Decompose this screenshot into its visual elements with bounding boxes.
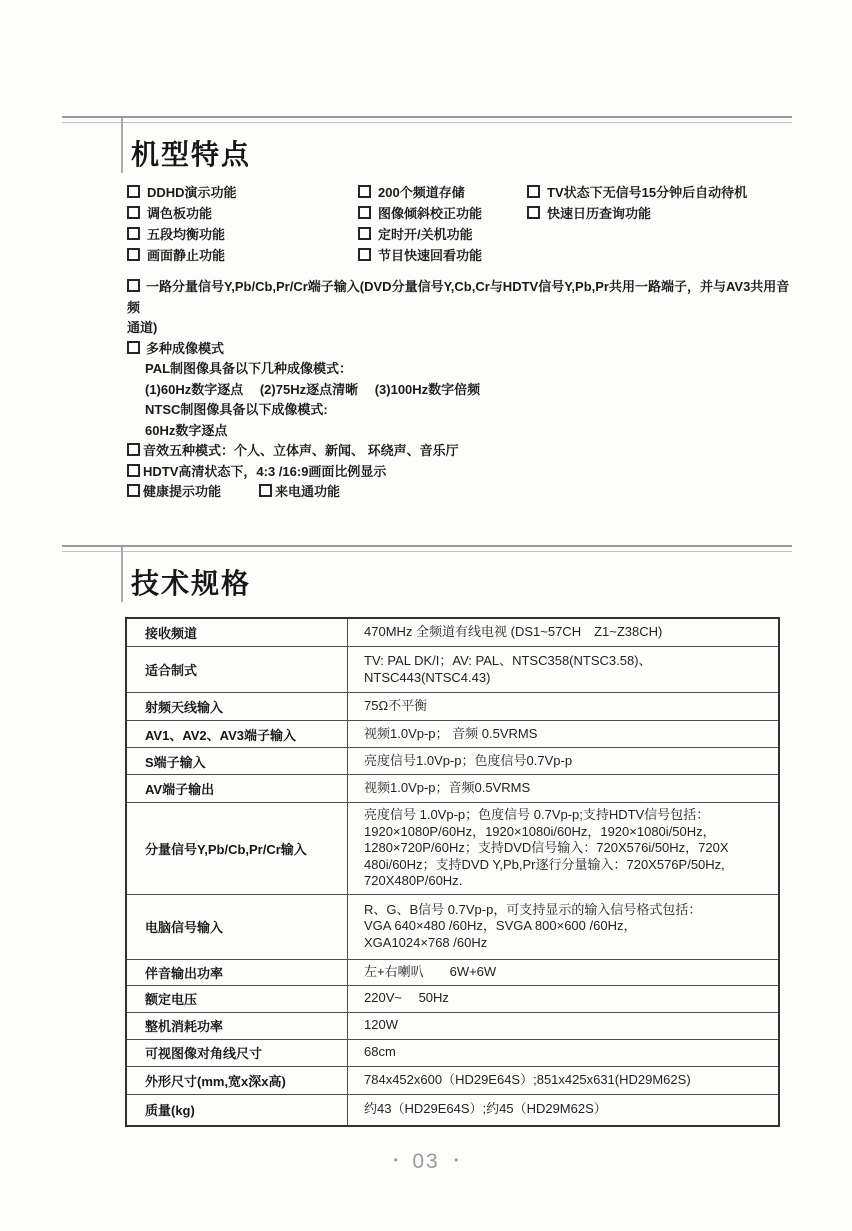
feature-column-2: 200个频道存储 图像倾斜校正功能 定时开/关机功能 节目快速回看功能	[358, 181, 527, 265]
feature-label: 快速日历查询功能	[547, 203, 651, 222]
spec-value: 亮度信号 1.0Vp-p；色度信号 0.7Vp-p;支持HDTV信号包括： 19…	[348, 803, 778, 894]
bullet-line: 健康提示功能来电通功能	[127, 482, 799, 503]
table-row: 可视图像对角线尺寸68cm	[127, 1039, 778, 1066]
bullet-line: HDTV高清状态下，4:3 /16:9画面比例显示	[127, 462, 799, 483]
table-row: S端子输入亮度信号1.0Vp-p；色度信号0.7Vp-p	[127, 747, 778, 774]
feature-column-1: DDHD演示功能 调色板功能 五段均衡功能 画面静止功能	[127, 181, 358, 265]
bullet-text: 音效五种模式：个人、立体声、新闻、 环绕声、音乐厅	[143, 443, 459, 458]
bullet-line: 音效五种模式：个人、立体声、新闻、 环绕声、音乐厅	[127, 441, 799, 462]
table-row: 外形尺寸(mm,宽x深x高)784x452x600（HD29E64S）;851x…	[127, 1066, 778, 1094]
table-row: 分量信号Y,Pb/Cb,Pr/Cr输入亮度信号 1.0Vp-p；色度信号 0.7…	[127, 802, 778, 894]
spec-value: 左+右喇叭 6W+6W	[348, 960, 778, 985]
feature-checkbox-grid: DDHD演示功能 调色板功能 五段均衡功能 画面静止功能 200个频道存储 图像…	[127, 181, 797, 265]
table-row: 伴音输出功率左+右喇叭 6W+6W	[127, 959, 778, 985]
bullet-line: 一路分量信号Y,Pb/Cb,Pr/Cr端子输入(DVD分量信号Y,Cb,Cr与H…	[127, 277, 799, 339]
bullet-text: 一路分量信号Y,Pb/Cb,Pr/Cr端子输入(DVD分量信号Y,Cb,Cr与H…	[127, 279, 789, 335]
bullet-text: HDTV高清状态下，4:3 /16:9画面比例显示	[143, 464, 386, 479]
spec-label: 适合制式	[127, 647, 348, 692]
spec-label: 外形尺寸(mm,宽x深x高)	[127, 1067, 348, 1094]
manual-page: 机型特点 DDHD演示功能 调色板功能 五段均衡功能 画面静止功能 200个频道…	[0, 0, 852, 1231]
table-row: 射频天线输入75Ω不平衡	[127, 692, 778, 720]
table-row: 整机消耗功率120W	[127, 1012, 778, 1039]
checkbox-icon	[127, 185, 140, 198]
checkbox-icon	[127, 464, 140, 477]
spec-value: 亮度信号1.0Vp-p；色度信号0.7Vp-p	[348, 748, 778, 774]
bullet-line: (1)60Hz数字逐点 (2)75Hz逐点清晰 (3)100Hz数字倍频	[127, 380, 799, 401]
spec-label: 整机消耗功率	[127, 1013, 348, 1039]
specs-section-title: 技术规格	[131, 562, 251, 602]
checkbox-icon	[127, 227, 140, 240]
feature-label: 调色板功能	[147, 203, 212, 222]
feature-item: 画面静止功能	[127, 244, 358, 265]
bullet-text: 多种成像模式	[146, 341, 224, 356]
footer-dot-icon: •	[454, 1153, 458, 1167]
bullet-pair: 来电通功能	[259, 484, 340, 499]
feature-label: 节目快速回看功能	[378, 245, 482, 264]
checkbox-icon	[127, 279, 140, 292]
spec-value: 75Ω不平衡	[348, 693, 778, 720]
feature-bullet-list: 一路分量信号Y,Pb/Cb,Pr/Cr端子输入(DVD分量信号Y,Cb,Cr与H…	[127, 277, 799, 503]
feature-label: 定时开/关机功能	[378, 224, 473, 243]
bullet-line: 60Hz数字逐点	[127, 421, 799, 442]
spec-value: R、G、B信号 0.7Vp-p，可支持显示的输入信号格式包括： VGA 640×…	[348, 895, 778, 959]
checkbox-icon	[358, 248, 371, 261]
spec-label: AV1、AV2、AV3端子输入	[127, 721, 348, 747]
checkbox-icon	[259, 484, 272, 497]
spec-label: 电脑信号输入	[127, 895, 348, 959]
bullet-text: NTSC制图像具备以下成像模式:	[145, 402, 328, 417]
feature-label: DDHD演示功能	[147, 182, 237, 201]
table-row: 质量(kg)约43（HD29E64S）;约45（HD29M62S）	[127, 1094, 778, 1125]
checkbox-icon	[127, 206, 140, 219]
spec-value: 视频1.0Vp-p；音频0.5VRMS	[348, 775, 778, 802]
feature-item: 五段均衡功能	[127, 223, 358, 244]
feature-label: 画面静止功能	[147, 245, 225, 264]
specs-table: 接收频道470MHz 全频道有线电视 (DS1~57CH Z1~Z38CH) 适…	[125, 617, 780, 1127]
spec-label: 分量信号Y,Pb/Cb,Pr/Cr输入	[127, 803, 348, 894]
bullet-text: (1)60Hz数字逐点 (2)75Hz逐点清晰 (3)100Hz数字倍频	[145, 382, 480, 397]
checkbox-icon	[358, 227, 371, 240]
spec-value: 120W	[348, 1013, 778, 1039]
spec-value: 470MHz 全频道有线电视 (DS1~57CH Z1~Z38CH)	[348, 619, 778, 646]
feature-item: 快速日历查询功能	[527, 202, 797, 223]
table-row: 额定电压220V~ 50Hz	[127, 985, 778, 1012]
spec-label: 质量(kg)	[127, 1095, 348, 1125]
table-row: AV1、AV2、AV3端子输入视频1.0Vp-p； 音频 0.5VRMS	[127, 720, 778, 747]
feature-item: TV状态下无信号15分钟后自动待机	[527, 181, 797, 202]
table-row: 电脑信号输入R、G、B信号 0.7Vp-p，可支持显示的输入信号格式包括： VG…	[127, 894, 778, 959]
spec-value: 220V~ 50Hz	[348, 986, 778, 1012]
table-row: 接收频道470MHz 全频道有线电视 (DS1~57CH Z1~Z38CH)	[127, 619, 778, 646]
section-divider-specs	[62, 545, 792, 552]
spec-label: AV端子输出	[127, 775, 348, 802]
checkbox-icon	[358, 206, 371, 219]
feature-item: DDHD演示功能	[127, 181, 358, 202]
section-title-bar	[121, 118, 123, 173]
section-title-bar	[121, 547, 123, 602]
spec-value: TV: PAL DK/I；AV: PAL、NTSC358(NTSC3.58)、 …	[348, 647, 778, 692]
feature-label: 200个频道存储	[378, 182, 465, 201]
checkbox-icon	[358, 185, 371, 198]
footer-dot-icon: •	[394, 1153, 398, 1167]
features-section-title: 机型特点	[131, 133, 251, 173]
feature-label: 五段均衡功能	[147, 224, 225, 243]
feature-item: 调色板功能	[127, 202, 358, 223]
spec-label: S端子输入	[127, 748, 348, 774]
checkbox-icon	[127, 484, 140, 497]
checkbox-icon	[527, 206, 540, 219]
feature-label: TV状态下无信号15分钟后自动待机	[547, 182, 747, 201]
bullet-text: PAL制图像具备以下几种成像模式：	[145, 361, 352, 376]
table-row: 适合制式TV: PAL DK/I；AV: PAL、NTSC358(NTSC3.5…	[127, 646, 778, 692]
spec-label: 额定电压	[127, 986, 348, 1012]
feature-item: 定时开/关机功能	[358, 223, 527, 244]
bullet-text: 健康提示功能	[143, 484, 221, 499]
checkbox-icon	[127, 341, 140, 354]
spec-value: 784x452x600（HD29E64S）;851x425x631(HD29M6…	[348, 1067, 778, 1094]
spec-value: 68cm	[348, 1040, 778, 1066]
checkbox-icon	[527, 185, 540, 198]
section-divider-top	[62, 116, 792, 123]
feature-column-3: TV状态下无信号15分钟后自动待机 快速日历查询功能	[527, 181, 797, 265]
page-number: 03	[412, 1150, 439, 1173]
feature-item: 图像倾斜校正功能	[358, 202, 527, 223]
spec-label: 伴音输出功率	[127, 960, 348, 985]
spec-value: 视频1.0Vp-p； 音频 0.5VRMS	[348, 721, 778, 747]
table-row: AV端子输出视频1.0Vp-p；音频0.5VRMS	[127, 774, 778, 802]
feature-item: 节目快速回看功能	[358, 244, 527, 265]
page-footer: • 03 •	[0, 1150, 852, 1174]
bullet-line: 多种成像模式	[127, 339, 799, 360]
spec-label: 接收频道	[127, 619, 348, 646]
feature-item: 200个频道存储	[358, 181, 527, 202]
spec-value: 约43（HD29E64S）;约45（HD29M62S）	[348, 1095, 778, 1125]
spec-label: 可视图像对角线尺寸	[127, 1040, 348, 1066]
bullet-line: NTSC制图像具备以下成像模式:	[127, 400, 799, 421]
spec-label: 射频天线输入	[127, 693, 348, 720]
feature-label: 图像倾斜校正功能	[378, 203, 482, 222]
checkbox-icon	[127, 248, 140, 261]
checkbox-icon	[127, 443, 140, 456]
bullet-text: 60Hz数字逐点	[145, 423, 227, 438]
bullet-text: 来电通功能	[275, 484, 340, 499]
bullet-line: PAL制图像具备以下几种成像模式：	[127, 359, 799, 380]
